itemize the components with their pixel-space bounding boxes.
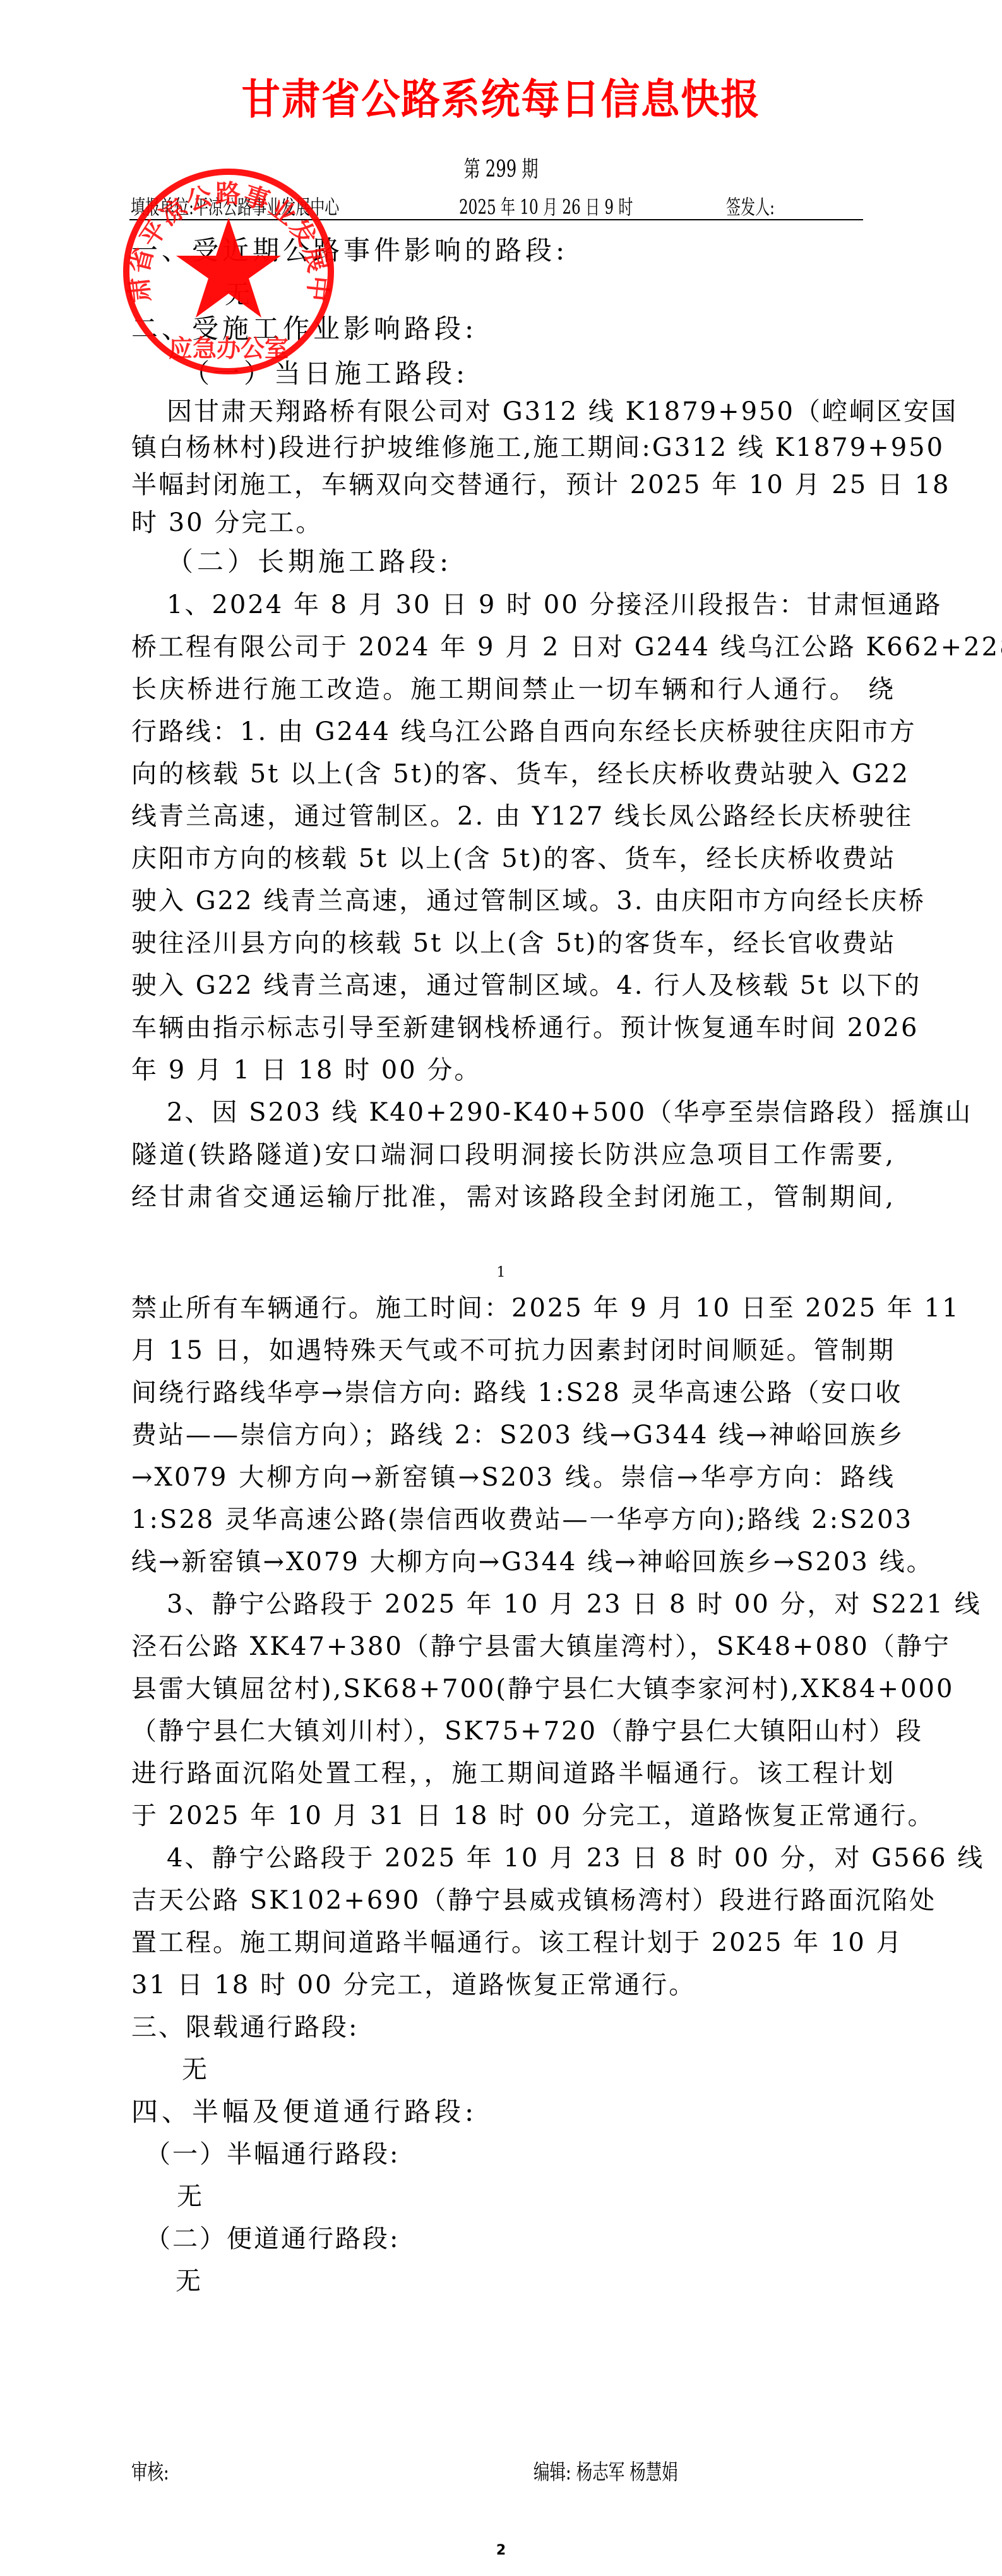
body-text-line: 因甘肃天翔路桥有限公司对 G312 线 K1879+950（崆峒区安国 [167, 397, 895, 427]
body-text-line: 桥工程有限公司于 2024 年 9 月 2 日对 G244 线乌江公路 K662… [131, 632, 895, 662]
body-text-line: 无 [225, 280, 895, 310]
document-page: 甘肃省公路系统每日信息快报 第 299 期 填报单位:平凉公路事业发展中心 20… [0, 0, 1002, 2576]
body-text-line: 31 日 18 时 00 分完工，道路恢复正常通行。 [131, 1970, 895, 2000]
body-text-line: 吉天公路 SK102+690（静宁县威戎镇杨湾村）段进行路面沉陷处 [131, 1885, 895, 1916]
editor-label: 编辑: 杨志军 杨慧娟 [534, 2459, 678, 2486]
body-text-line: （静宁县仁大镇刘川村），SK75+720（静宁县仁大镇阳山村）段 [131, 1716, 895, 1746]
body-text-line: 间绕行路线华亭→崇信方向: 路线 1:S28 灵华高速公路（安口收 [131, 1378, 895, 1408]
body-text-line: 4、静宁公路段于 2025 年 10 月 23 日 8 时 00 分，对 G56… [167, 1843, 895, 1873]
body-text-line: 县雷大镇屈岔村),SK68+700(静宁县仁大镇李家河村),XK84+000 [131, 1674, 895, 1704]
body-text-line: 半幅封闭施工，车辆双向交替通行，预计 2025 年 10 月 25 日 18 [131, 470, 895, 500]
section-heading: （一）当日施工路段: [183, 359, 895, 389]
body-text-line: 三、限载通行路段: [131, 2012, 895, 2042]
body-text-line: 行路线：1. 由 G244 线乌江公路自西向东经长庆桥驶往庆阳市方 [131, 717, 895, 747]
section-heading: 四、半幅及便道通行路段: [131, 2097, 895, 2127]
issuer-label: 签发人: [726, 194, 775, 220]
body-text-line: 长庆桥进行施工改造。施工期间禁止一切车辆和行人通行。 绕 [131, 674, 895, 705]
reporting-unit: 填报单位:平凉公路事业发展中心 [131, 194, 339, 220]
body-text-line: 2、因 S203 线 K40+290-K40+500（华亭至崇信路段）摇旗山 [167, 1097, 895, 1128]
body-text-line: 驶往泾川县方向的核载 5t 以上(含 5t)的客货车，经长官收费站 [131, 928, 895, 958]
bulletin-title: 甘肃省公路系统每日信息快报 [35, 75, 967, 125]
body-text-line: （一）半幅通行路段: [145, 2139, 895, 2169]
body-text-line: 线青兰高速，通过管制区。2. 由 Y127 线长凤公路经长庆桥驶往 [131, 801, 895, 832]
body-text-line: 月 15 日，如遇特殊天气或不可抗力因素封闭时间顺延。管制期 [131, 1335, 895, 1366]
body-text-line: 庆阳市方向的核载 5t 以上(含 5t)的客、货车，经长庆桥收费站 [131, 844, 895, 874]
report-datetime: 2025 年 10 月 26 日 9 时 [459, 194, 633, 220]
body-text-line: 线→新窑镇→X079 大柳方向→G344 线→神峪回族乡→S203 线。 [131, 1547, 895, 1577]
body-text-line: 驶入 G22 线青兰高速，通过管制区域。3. 由庆阳市方向经长庆桥 [131, 886, 895, 916]
body-text-line: 泾石公路 XK47+380（静宁县雷大镇崖湾村），SK48+080（静宁 [131, 1631, 895, 1662]
body-text-line: 时 30 分完工。 [131, 508, 895, 538]
section-heading: （二）长期施工路段: [167, 547, 895, 577]
body-text-line: 经甘肃省交通运输厅批准，需对该路段全封闭施工，管制期间, [131, 1182, 895, 1212]
issue-number: 第 299 期 [140, 156, 862, 184]
body-text-line: →X079 大柳方向→新窑镇→S203 线。崇信→华亭方向：路线 [131, 1462, 895, 1493]
body-text-line: 无 [177, 2181, 895, 2212]
page-number-1: 1 [0, 1265, 1002, 1281]
body-text-line: 隧道(铁路隧道)安口端洞口段明洞接长防洪应急项目工作需要, [131, 1140, 895, 1170]
body-text-line: 1、2024 年 8 月 30 日 9 时 00 分接泾川段报告：甘肃恒通路 [167, 590, 895, 620]
body-text-line: 1:S28 灵华高速公路(崇信西收费站—一华亭方向);路线 2:S203 [131, 1505, 895, 1535]
body-text-line: 驶入 G22 线青兰高速，通过管制区域。4. 行人及核载 5t 以下的 [131, 970, 895, 1001]
body-text-line: 置工程。施工期间道路半幅通行。该工程计划于 2025 年 10 月 [131, 1928, 895, 1958]
body-text-line: （二）便道通行路段: [145, 2224, 895, 2254]
body-text-line: 无 [176, 2266, 895, 2296]
reviewer-label: 审核: [131, 2459, 169, 2486]
body-text-line: 向的核载 5t 以上(含 5t)的客、货车，经长庆桥收费站驶入 G22 [131, 759, 895, 789]
body-text-line: 镇白杨林村)段进行护坡维修施工,施工期间:G312 线 K1879+950 [131, 432, 895, 463]
header-divider [129, 219, 863, 220]
page-number-2: 2 [0, 2543, 1002, 2559]
body-text-line: 进行路面沉陷处置工程，，施工期间道路半幅通行。该工程计划 [131, 1758, 895, 1789]
bulletin-header: 填报单位:平凉公路事业发展中心 2025 年 10 月 26 日 9 时 签发人… [131, 194, 863, 220]
body-text-line: 车辆由指示标志引导至新建钢栈桥通行。预计恢复通车时间 2026 [131, 1013, 895, 1043]
section-heading: 一、受近期公路事件影响的路段: [131, 236, 895, 266]
body-text-line: 年 9 月 1 日 18 时 00 分。 [131, 1055, 895, 1085]
body-text-line: 禁止所有车辆通行。施工时间：2025 年 9 月 10 日至 2025 年 11 [131, 1293, 895, 1323]
body-text-line: 3、静宁公路段于 2025 年 10 月 23 日 8 时 00 分，对 S22… [167, 1589, 895, 1619]
section-heading: 二、受施工作业影响路段: [131, 314, 895, 344]
body-text-line: 无 [182, 2054, 895, 2085]
body-text-line: 费站——崇信方向）；路线 2：S203 线→G344 线→神峪回族乡 [131, 1420, 895, 1450]
body-text-line: 于 2025 年 10 月 31 日 18 时 00 分完工，道路恢复正常通行。 [131, 1801, 895, 1831]
